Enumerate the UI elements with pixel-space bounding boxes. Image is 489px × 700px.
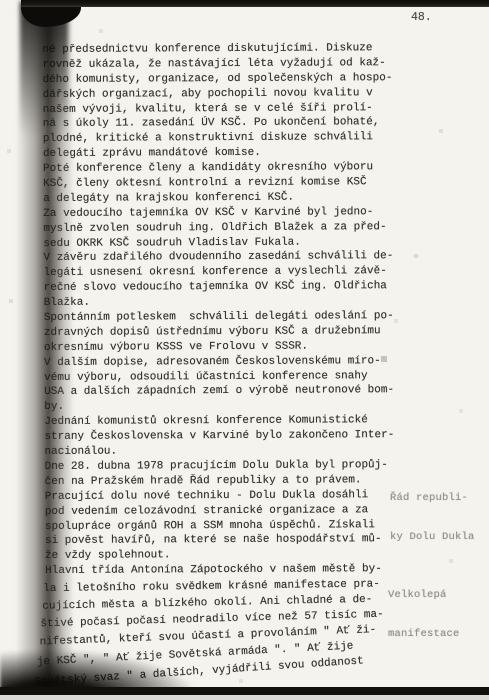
margin-note-line: manifestace (388, 628, 488, 641)
text-line: pod vedením celozávodní stranické organi… (45, 503, 410, 520)
text-line: Dne 28. dubna 1978 pracujícím Dolu Dukla… (45, 458, 410, 475)
text-line: dářských organizací, aby pochopili novou… (43, 86, 408, 103)
text-line: rečné slovo vedoucího tajemníka OV KSČ i… (44, 279, 409, 296)
margin-note-velkolepa-manifestace: Velkolepá manifestace (388, 563, 488, 667)
text-line: čen na Pražském hradě Řád republiky a to… (45, 473, 410, 490)
text-line: rovněž ukázala, že nastávající léta vyža… (42, 56, 407, 73)
text-line: dého komunisty, organizace, od společens… (43, 71, 408, 88)
scanned-page: 48. né předsednictvu konference diskutuj… (0, 0, 489, 700)
text-line: zdravných dopisů ústřednímu výboru KSČ a… (44, 324, 409, 341)
scan-bottom-margin (0, 695, 489, 700)
text-line: KSČ, členy oktesní kontrolní a revizní k… (43, 175, 408, 192)
text-line: strany Československa v Karviné bylo zak… (44, 428, 409, 445)
margin-note-line: Řád republi- (390, 492, 489, 505)
paper-noise (0, 0, 2, 2)
page-number: 48. (411, 11, 432, 24)
margin-note-rad-republiky: Řád republi- ky Dolu Dukla (390, 466, 489, 570)
text-line: si pověst havířů, na které se naše hospo… (45, 532, 410, 549)
margin-note-line: ky Dolu Dukla (390, 531, 489, 544)
text-line: V dalším dopise, adresovaném Českosloven… (44, 354, 409, 371)
scan-bottom-edge (0, 687, 489, 695)
text-line: Za vedoucího tajemníka OV KSČ v Karviné … (43, 205, 408, 222)
text-line: myslně zvolen soudruh ing. Oldřich Blaže… (43, 220, 408, 237)
text-line: plodné, kritické a konstruktivní diskuze… (43, 130, 408, 147)
margin-note-line: Velkolepá (388, 589, 488, 602)
text-line: USA a dalších západních zemí o výrobě ne… (44, 384, 409, 401)
text-line: Hlavní třída Antonína Zápotockého v naše… (45, 562, 410, 579)
typewritten-text: né předsednictvu konference diskutujícím… (42, 41, 410, 668)
scan-top-edge (21, 0, 489, 7)
text-line: Pracující dolu nové techniku - Dolu Dukl… (45, 488, 410, 505)
